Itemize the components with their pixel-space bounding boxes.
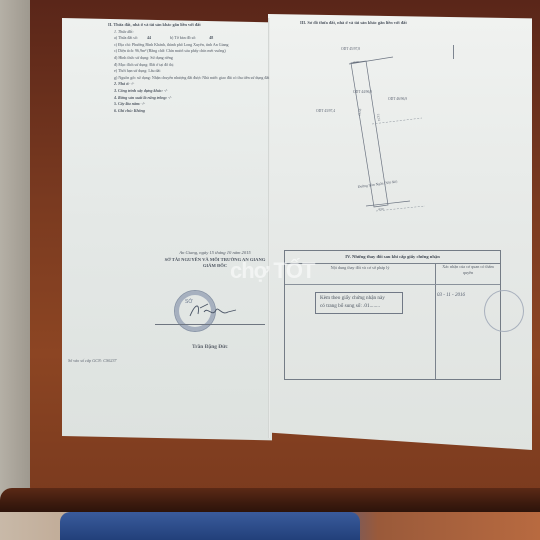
- header-divider: [285, 284, 500, 285]
- forest-item: 4. Rừng sản xuất là rừng trồng: -/-: [108, 95, 284, 102]
- note-item: 6. Ghi chú: Không: [108, 108, 284, 115]
- perennial-item: 5. Cây lâu năm: -/-: [108, 101, 284, 108]
- svg-text:Đường hẻm Ngân (Nội đài): Đường hẻm Ngân (Nội đài): [358, 179, 399, 189]
- plot-section-title: III. Sơ đồ thửa đất, nhà ở và tài sản kh…: [300, 20, 407, 27]
- supplement-stamp: Kèm theo giấy chứng nhận này có trang bổ…: [315, 292, 403, 314]
- confirmation-date: 03 - 11 - 2016: [437, 293, 465, 298]
- land-item-purpose: đ) Mục đích sử dụng: Đất ở tại đô thị: [108, 62, 284, 69]
- signing-date: An Giang, ngày 15 tháng 10 năm 2015: [150, 250, 280, 257]
- serial-number: Số vào sổ cấp GCN: CS0237: [68, 358, 117, 365]
- svg-text:4,50: 4,50: [378, 207, 384, 212]
- svg-text:ODT 45/97,8: ODT 45/97,8: [341, 47, 360, 52]
- house-item: 2. Nhà ở: -/-: [108, 81, 284, 88]
- signer-name: Trần Đặng Đức: [192, 344, 228, 351]
- signature-icon: [186, 300, 246, 322]
- svg-text:21,55: 21,55: [357, 108, 363, 116]
- svg-text:ODT 43/97,4: ODT 43/97,4: [316, 109, 335, 114]
- svg-text:21,51: 21,51: [375, 113, 381, 121]
- construction-item: 3. Công trình xây dựng khác: -/-: [108, 88, 284, 95]
- land-item-address: c) Địa chỉ: Phường Bình Khánh, thành phố…: [108, 42, 284, 49]
- land-item-parcel: a) Thửa đất số: 44 b) Tờ bản đồ số: 48: [108, 35, 284, 42]
- land-item-area: c) Diện tích: 96,9m² (Bằng chữ: Chín mươ…: [108, 48, 284, 55]
- changes-table: IV. Những thay đổi sau khi cấp giấy chứn…: [284, 250, 501, 380]
- land-item-term: e) Thời hạn sử dụng: Lâu dài: [108, 68, 284, 75]
- land-info-section: II. Thửa đất, nhà ở và tài sản khác gắn …: [108, 22, 284, 114]
- signature-line: [155, 324, 265, 325]
- svg-text:ODT 46/96,9: ODT 46/96,9: [388, 97, 407, 102]
- changes-col2-header: Xác nhận của cơ quan có thẩm quyền: [437, 264, 499, 276]
- section-title: II. Thửa đất, nhà ở và tài sản khác gắn …: [108, 22, 284, 29]
- person-lap: [60, 512, 360, 540]
- subsection-land: 1. Thửa đất:: [108, 29, 284, 36]
- watermark: chợ TỐT: [230, 258, 314, 284]
- land-item-origin: g) Nguồn gốc sử dụng: Nhận chuyển nhượng…: [108, 75, 284, 82]
- land-item-usage-form: d) Hình thức sử dụng: Sử dụng riêng: [108, 55, 284, 62]
- partial-seal-icon: [484, 290, 524, 332]
- svg-text:4,50: 4,50: [353, 60, 359, 65]
- plot-diagram: ODT 45/97,8 4,50 ODT 44/96,9 ODT 43/97,4…: [300, 30, 480, 220]
- table-edge: [0, 488, 540, 514]
